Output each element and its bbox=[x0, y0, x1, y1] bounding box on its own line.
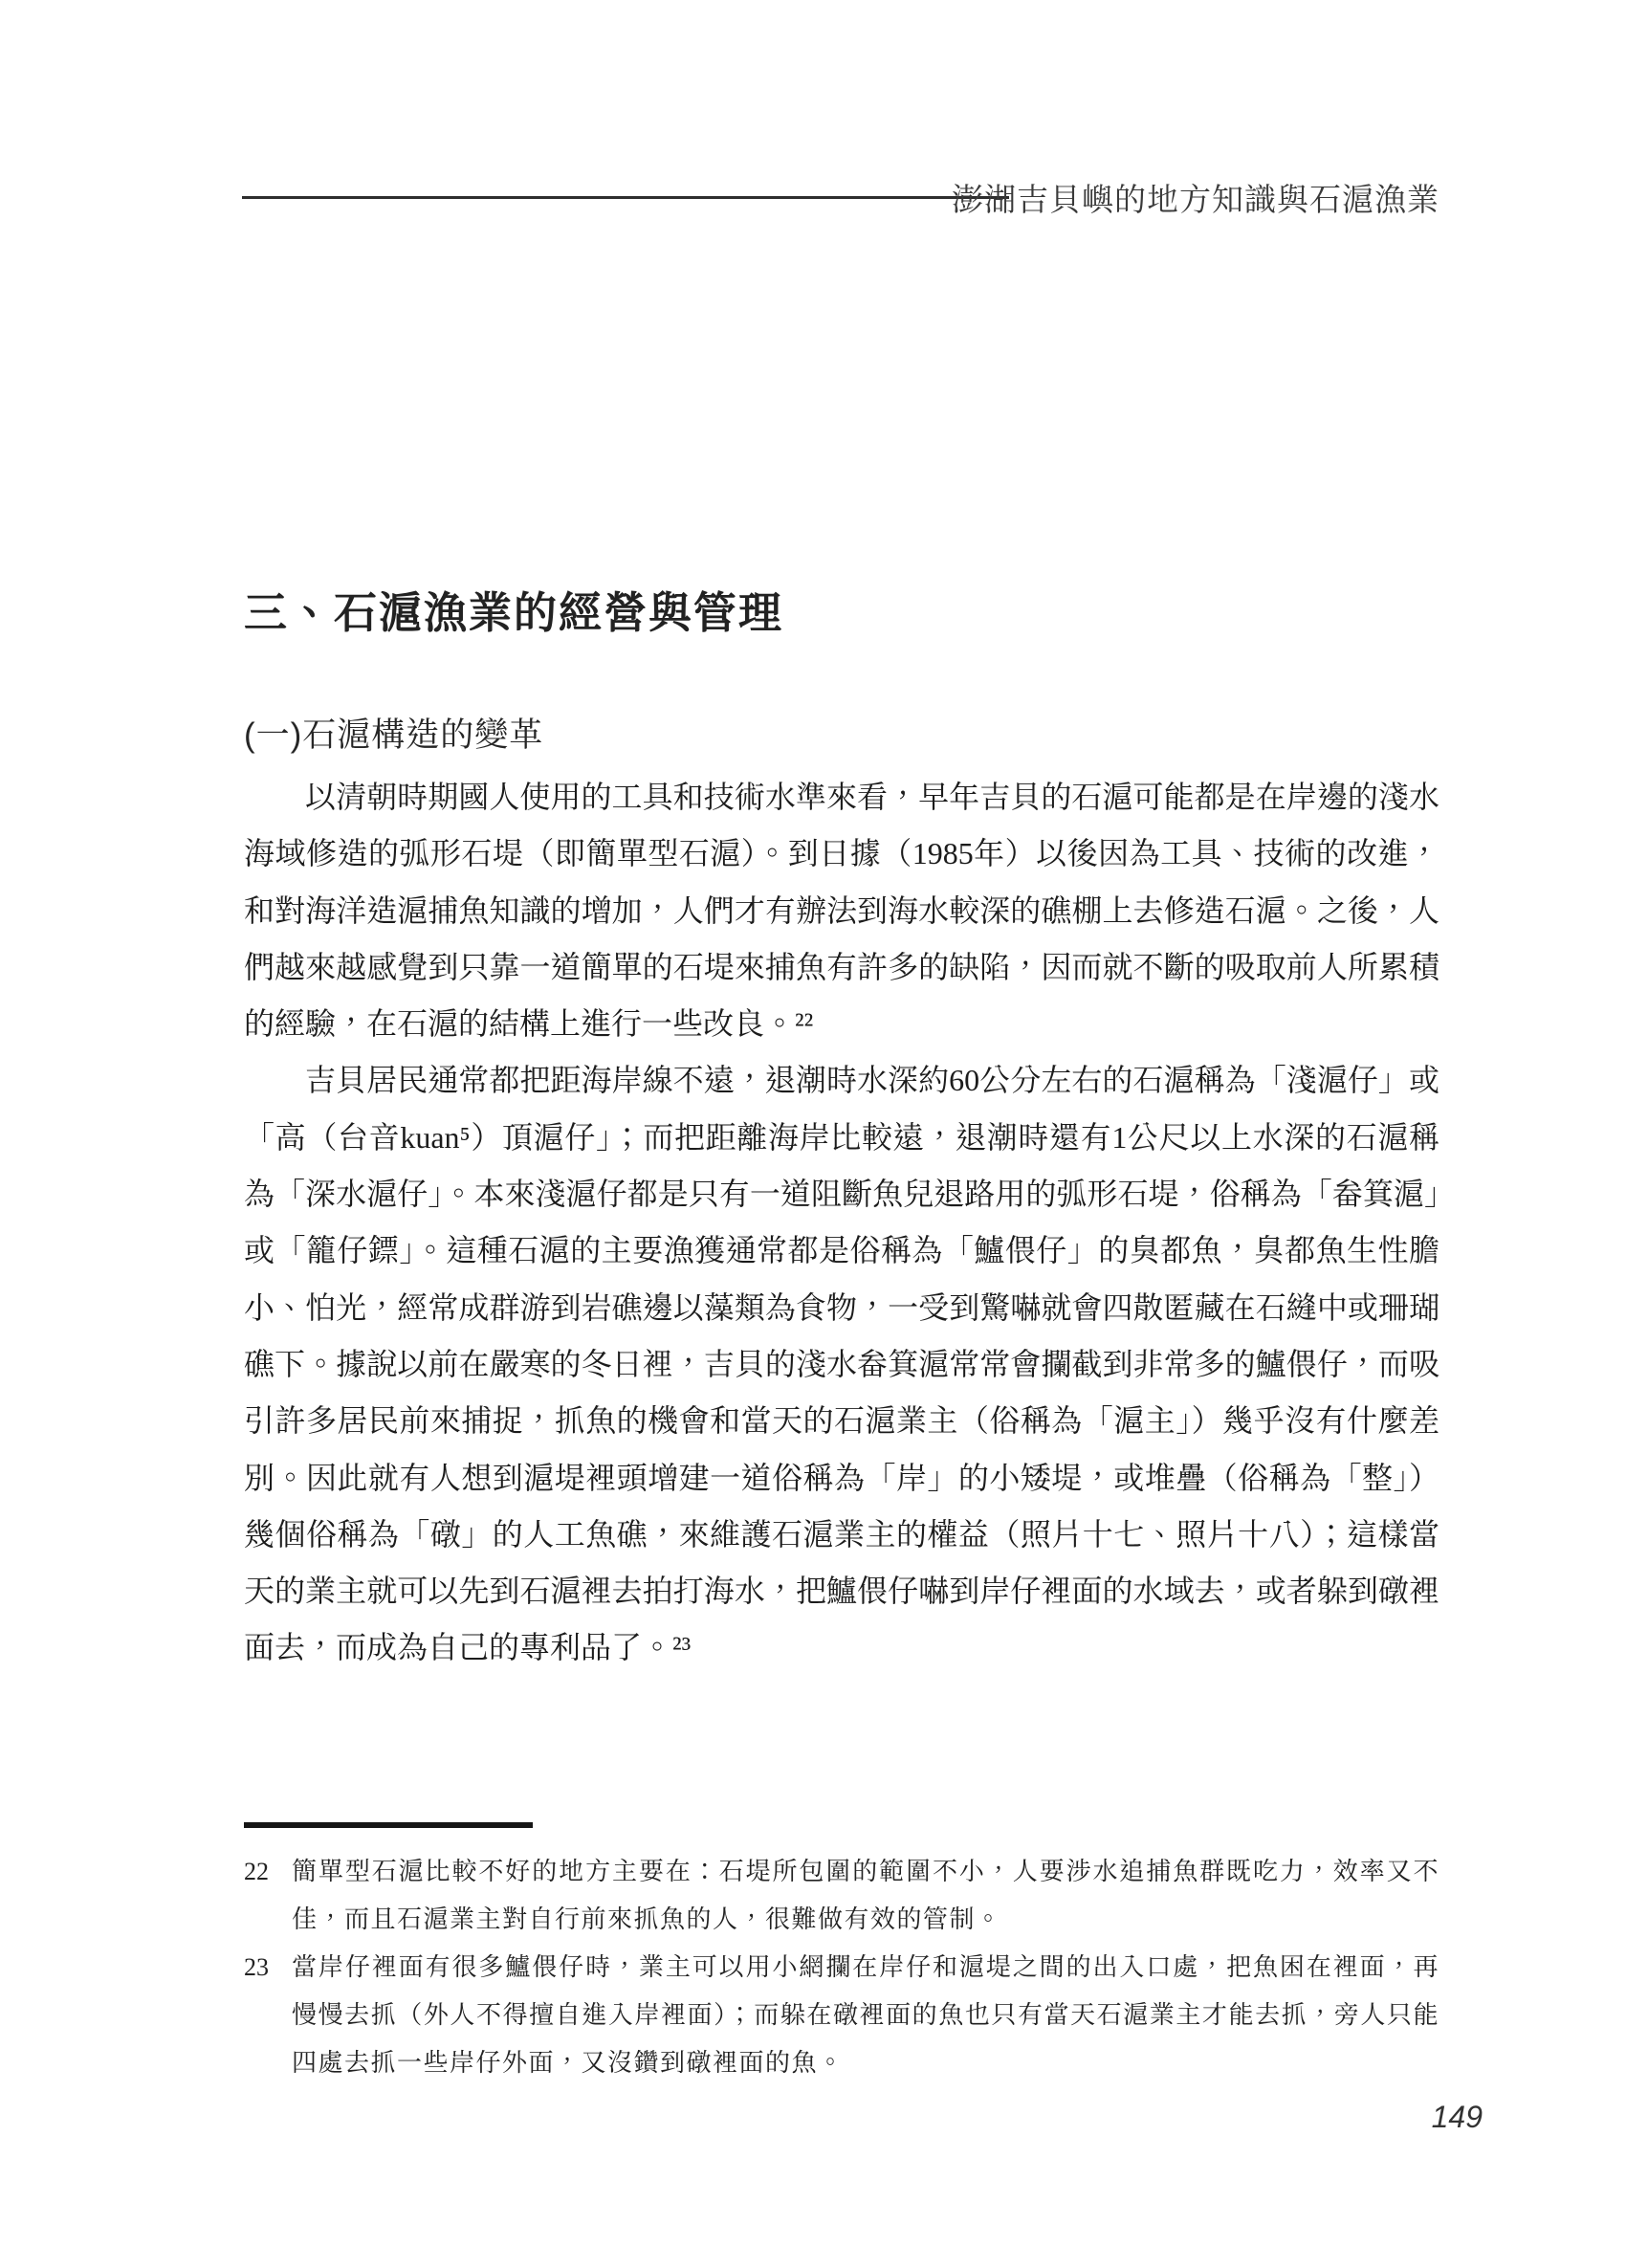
footnote-text: 簡單型石滬比較不好的地方主要在：石堤所包圍的範圍不小，人要涉水追捕魚群既吃力，效… bbox=[292, 1858, 1439, 1933]
footnotes-section: 22簡單型石滬比較不好的地方主要在：石堤所包圍的範圍不小，人要涉水追捕魚群既吃力… bbox=[244, 1848, 1439, 2087]
running-head-title: 澎湖吉貝嶼的地方知識與石滬漁業 bbox=[574, 175, 1439, 220]
footnote-number: 23 bbox=[244, 1944, 269, 1992]
footnote-item: 23當岸仔裡面有很多鱸偎仔時，業主可以用小網攔在岸仔和滬堤之間的出入口處，把魚困… bbox=[244, 1944, 1439, 2087]
footnote-separator-rule bbox=[244, 1822, 533, 1828]
body-text: 以清朝時期國人使用的工具和技術水準來看，早年吉貝的石滬可能都是在岸邊的淺水海域修… bbox=[244, 769, 1439, 1677]
paragraph: 以清朝時期國人使用的工具和技術水準來看，早年吉貝的石滬可能都是在岸邊的淺水海域修… bbox=[244, 769, 1439, 1052]
footnote-number: 22 bbox=[244, 1848, 269, 1896]
page-number: 149 bbox=[1291, 2100, 1483, 2135]
subsection-heading: (一)石滬構造的變革 bbox=[244, 709, 543, 757]
document-page: 澎湖吉貝嶼的地方知識與石滬漁業 三、石滬漁業的經營與管理 (一)石滬構造的變革 … bbox=[0, 0, 1626, 2268]
footnote-item: 22簡單型石滬比較不好的地方主要在：石堤所包圍的範圍不小，人要涉水追捕魚群既吃力… bbox=[244, 1848, 1439, 1944]
paragraph: 吉貝居民通常都把距海岸線不遠，退潮時水深約60公分左右的石滬稱為「淺滬仔」或「高… bbox=[244, 1052, 1439, 1676]
section-heading: 三、石滬漁業的經營與管理 bbox=[244, 578, 783, 640]
footnote-text: 當岸仔裡面有很多鱸偎仔時，業主可以用小網攔在岸仔和滬堤之間的出入口處，把魚困在裡… bbox=[292, 1953, 1439, 2077]
